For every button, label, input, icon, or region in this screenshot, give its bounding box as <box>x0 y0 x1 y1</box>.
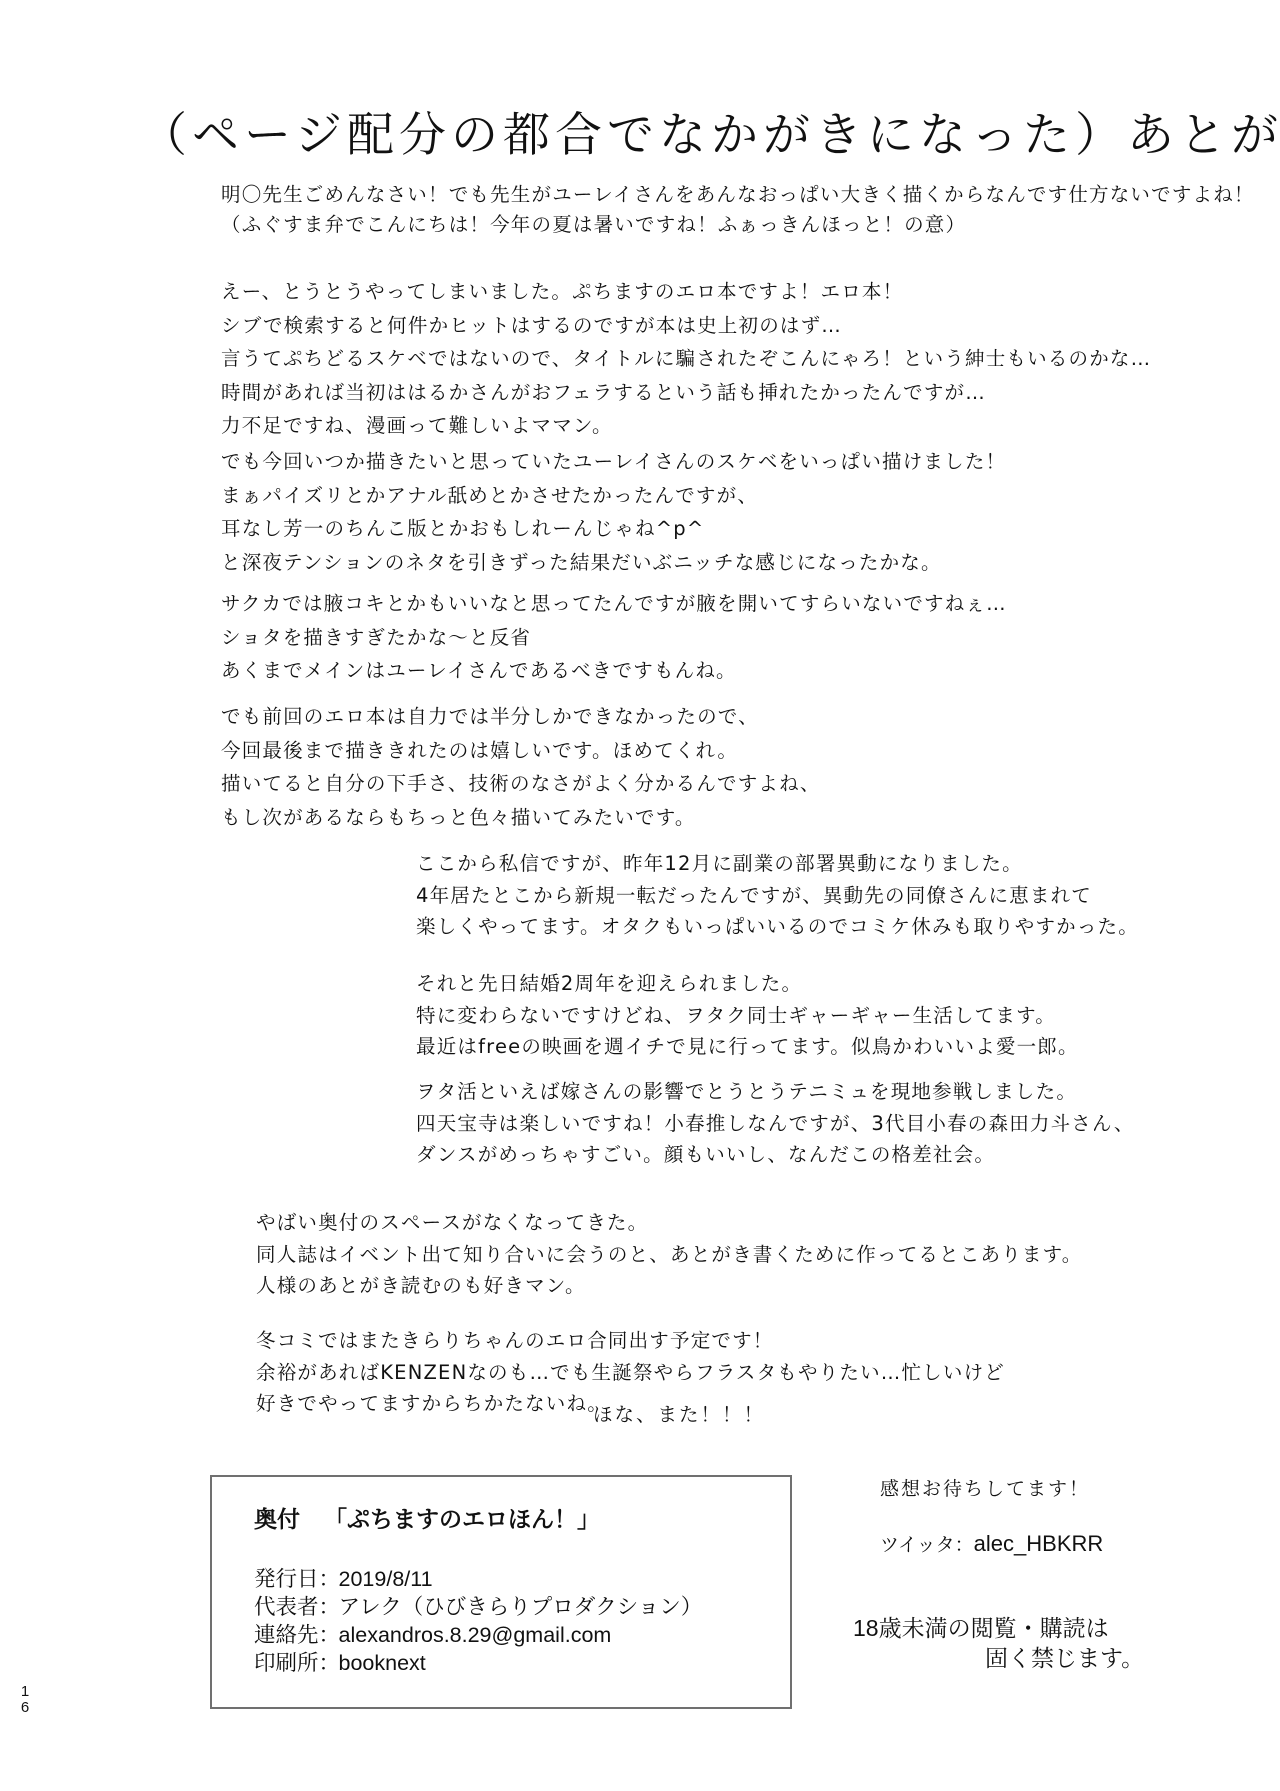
page-number: 1 6 <box>17 1684 33 1716</box>
paragraph-yurei-san: でも今回いつか描きたいと思っていたユーレイさんのスケベをいっぱい描けました！ ま… <box>221 445 1006 579</box>
text-line: 耳なし芳一のちんこ版とかおもしれーんじゃね^p^ <box>221 512 1006 546</box>
text-line: でも前回のエロ本は自力では半分しかできなかったので、 <box>221 700 821 734</box>
age-warning-line-1: 18歳未満の閲覧・購読は <box>853 1610 1109 1643</box>
text-line: ダンスがめっちゃすごい。顔もいいし、なんだこの格差社会。 <box>416 1139 1135 1171</box>
row-key: 印刷所 <box>254 1649 319 1677</box>
paragraph-personal-job: ここから私信ですが、昨年12月に副業の部署異動になりました。 4年居たとこから新… <box>416 848 1139 943</box>
text-line: あくまでメインはユーレイさんであるべきですもんね。 <box>221 654 1007 688</box>
colophon-row-printer: 印刷所：booknext <box>254 1649 702 1677</box>
text-line: 余裕があればKENZENなのも…でも生誕祭やらフラスタもやりたい…忙しいけど <box>256 1357 1005 1389</box>
twitter-handle: alec_HBKRR <box>974 1531 1104 1556</box>
text-line: 時間があれば当初ははるかさんがおフェラするという話も挿れたかったんですが… <box>221 376 1151 410</box>
row-value: 2019/8/11 <box>339 1567 433 1591</box>
colophon-box: 奥付「ぷちますのエロほん！」 発行日：2019/8/11 代表者：アレク（ひびき… <box>210 1475 792 1709</box>
text-line: 楽しくやってます。オタクもいっぱいいるのでコミケ休みも取りやすかった。 <box>416 911 1139 943</box>
row-value: alexandros.8.29@gmail.com <box>339 1623 612 1647</box>
row-key: 代表者 <box>254 1593 319 1621</box>
row-value: booknext <box>339 1651 426 1675</box>
row-colon: ： <box>319 1649 339 1677</box>
paragraph-previous-book: でも前回のエロ本は自力では半分しかできなかったので、 今回最後まで描ききれたのは… <box>221 700 821 834</box>
text-line: ここから私信ですが、昨年12月に副業の部署異動になりました。 <box>416 848 1139 880</box>
text-line: 四天宝寺は楽しいですね！小春推しなんですが、3代目小春の森田力斗さん、 <box>416 1108 1135 1140</box>
text-line: サクカでは腋コキとかもいいなと思ってたんですが腋を開いてすらいないですねぇ… <box>221 587 1007 621</box>
text-line: 最近はfreeの映画を週イチで見に行ってます。似鳥かわいいよ愛一郎。 <box>416 1031 1079 1063</box>
signoff: ほな、また！！！ <box>593 1400 765 1430</box>
twitter-label: ツイッタ： <box>880 1534 974 1556</box>
text-line: シブで検索すると何件かヒットはするのですが本は史上初のはず… <box>221 309 1151 343</box>
colophon-row-contact: 連絡先：alexandros.8.29@gmail.com <box>254 1621 702 1649</box>
page-number-digit: 1 <box>17 1684 33 1700</box>
colophon-title: 奥付「ぷちますのエロほん！」 <box>254 1501 600 1534</box>
text-line: やばい奥付のスペースがなくなってきた。 <box>256 1207 1082 1239</box>
row-key: 連絡先 <box>254 1621 319 1649</box>
row-colon: ： <box>319 1621 339 1649</box>
colophon-label: 奥付 <box>254 1506 300 1533</box>
row-key: 発行日 <box>254 1565 319 1593</box>
age-warning-line-2: 固く禁じます。 <box>985 1640 1144 1673</box>
text-line: 同人誌はイベント出て知り合いに会うのと、あとがき書くために作ってるとこあります。 <box>256 1239 1082 1271</box>
colophon-row-publish-date: 発行日：2019/8/11 <box>254 1565 702 1593</box>
text-line: それと先日結婚2周年を迎えられました。 <box>416 968 1079 1000</box>
text-line: 言うてぷちどるスケベではないので、タイトルに騙されたぞこんにゃろ！という紳士もい… <box>221 342 1151 376</box>
text-line: 力不足ですね、漫画って難しいよママン。 <box>221 409 1151 443</box>
row-value: アレク（ひびきらりプロダクション） <box>339 1595 703 1619</box>
text-line: 冬コミではまたきらりちゃんのエロ合同出す予定です！ <box>256 1325 1005 1357</box>
text-line: もし次があるならもちっと色々描いてみたいです。 <box>221 801 821 835</box>
paragraph-finally-made-it: えー、とうとうやってしまいました。ぷちますのエロ本ですよ！エロ本！ シブで検索す… <box>221 275 1151 443</box>
text-line: まぁパイズリとかアナル舐めとかさせたかったんですが、 <box>221 479 1006 513</box>
colophon-rows: 発行日：2019/8/11 代表者：アレク（ひびきらりプロダクション） 連絡先：… <box>254 1565 702 1677</box>
text-line: 描いてると自分の下手さ、技術のなさがよく分かるんですよね、 <box>221 767 821 801</box>
colophon-row-representative: 代表者：アレク（ひびきらりプロダクション） <box>254 1593 702 1621</box>
page-title: （ページ配分の都合でなかがきになった）あとがき <box>140 106 1140 166</box>
text-line: 人様のあとがき読むのも好きマン。 <box>256 1270 1082 1302</box>
page-number-digit: 6 <box>17 1700 33 1716</box>
paragraph-personal-tenimyu: ヲタ活といえば嫁さんの影響でとうとうテニミュを現地参戦しました。 四天宝寺は楽し… <box>416 1076 1135 1171</box>
paragraph-reflection: サクカでは腋コキとかもいいなと思ってたんですが腋を開いてすらいないですねぇ… シ… <box>221 587 1007 688</box>
text-line: （ふぐすま弁でこんにちは！今年の夏は暑いですね！ふぁっきんほっと！の意） <box>221 210 1255 240</box>
text-line: 4年居たとこから新規一転だったんですが、異動先の同僚さんに恵まれて <box>416 880 1139 912</box>
row-colon: ： <box>319 1565 339 1593</box>
twitter-info: ツイッタ：alec_HBKRR <box>880 1530 1103 1557</box>
text-line: 今回最後まで描ききれたのは嬉しいです。ほめてくれ。 <box>221 734 821 768</box>
text-line: ヲタ活といえば嫁さんの影響でとうとうテニミュを現地参戦しました。 <box>416 1076 1135 1108</box>
text-line: えー、とうとうやってしまいました。ぷちますのエロ本ですよ！エロ本！ <box>221 275 1151 309</box>
text-line: でも今回いつか描きたいと思っていたユーレイさんのスケベをいっぱい描けました！ <box>221 445 1006 479</box>
row-colon: ： <box>319 1593 339 1621</box>
text-line: ショタを描きすぎたかな～と反省 <box>221 621 1007 655</box>
paragraph-personal-marriage: それと先日結婚2周年を迎えられました。 特に変わらないですけどね、ヲタク同士ギャ… <box>416 968 1079 1063</box>
book-title: 「ぷちますのエロほん！」 <box>324 1506 600 1533</box>
text-line: と深夜テンションのネタを引きずった結果だいぶニッチな感じになったかな。 <box>221 546 1006 580</box>
intro-block: 明〇先生ごめんなさい！でも先生がユーレイさんをあんなおっぱい大きく描くからなんで… <box>221 180 1255 240</box>
feedback-request: 感想お待ちしてます！ <box>880 1474 1090 1501</box>
text-line: 明〇先生ごめんなさい！でも先生がユーレイさんをあんなおっぱい大きく描くからなんで… <box>221 180 1255 210</box>
paragraph-space-running-out: やばい奥付のスペースがなくなってきた。 同人誌はイベント出て知り合いに会うのと、… <box>256 1207 1082 1302</box>
text-line: 特に変わらないですけどね、ヲタク同士ギャーギャー生活してます。 <box>416 1000 1079 1032</box>
